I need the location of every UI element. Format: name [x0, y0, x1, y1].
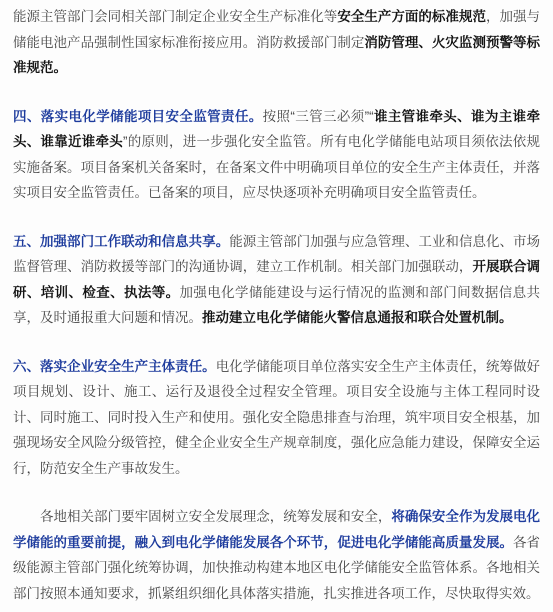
text-run-regular: 能源主管部门会同相关部门制定企业安全生产标准化等 — [13, 9, 337, 24]
section-5-coordination-information-sharing: 五、加强部门工作联动和信息共享。能源主管部门加强与应急管理、工业和信息化、市场监… — [13, 229, 540, 331]
paragraph-standards: 能源主管部门会同相关部门制定企业安全生产标准化等安全生产方面的标准规范，加强与储… — [13, 4, 540, 81]
article-body: 能源主管部门会同相关部门制定企业安全生产标准化等安全生产方面的标准规范，加强与储… — [0, 0, 553, 606]
text-run-regular: 电化学储能项目单位落实安全生产主体责任，统筹做好项目规划、设计、施工、运行及退役… — [13, 359, 540, 476]
section-heading-text: 四、落实电化学储能项目安全监管责任。 — [13, 109, 263, 124]
section-heading-text: 六、落实企业安全生产主体责任。 — [13, 359, 216, 374]
text-run-regular: 按照“三管三必须”“ — [263, 109, 374, 124]
text-run-bold: 安全生产方面的标准规范 — [337, 9, 486, 24]
paragraph-closing: 各地相关部门要牢固树立安全发展理念，统筹发展和安全，将确保安全作为发展电化学储能… — [13, 504, 540, 606]
text-run-bold: 推动建立电化学储能火警信息通报和联合处置机制。 — [202, 310, 513, 325]
section-6-enterprise-responsibility: 六、落实企业安全生产主体责任。电化学储能项目单位落实安全生产主体责任，统筹做好项… — [13, 354, 540, 482]
section-heading-text: 五、加强部门工作联动和信息共享。 — [13, 234, 229, 249]
text-run-regular: 各地相关部门要牢固树立安全发展理念，统筹发展和安全， — [40, 509, 391, 524]
section-4-project-supervision: 四、落实电化学储能项目安全监管责任。按照“三管三必须”“谁主管谁牵头、谁为主谁牵… — [13, 104, 540, 206]
